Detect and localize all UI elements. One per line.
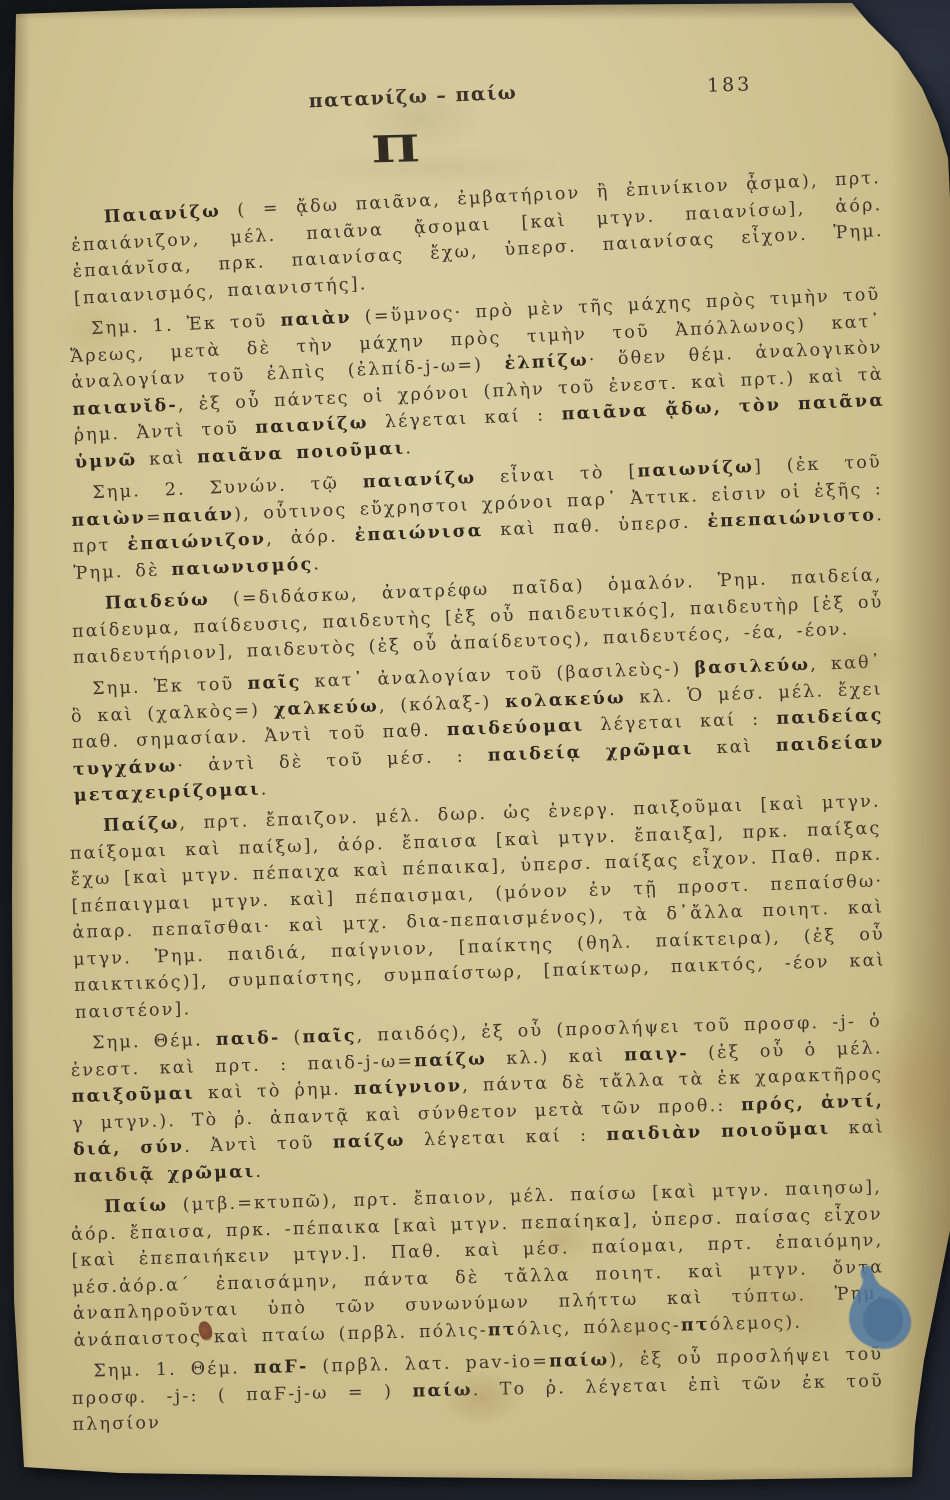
text-segment: Σημ. 2. Συνών. τῷ: [92, 473, 363, 504]
bold-term: παιανίζω: [255, 413, 369, 438]
bold-term: παίζω: [414, 1049, 487, 1071]
note-paian-etymology: Σημ. 1. Ἐκ τοῦ παιὰν (=ὕμνος· πρὸ μὲν τῆ…: [69, 282, 887, 476]
text-segment: κλ.) καὶ: [487, 1045, 625, 1069]
bold-term: παιδείᾳ χρῶμαι: [488, 738, 694, 765]
text-segment: Σημ. Ἐκ τοῦ: [92, 674, 248, 699]
bold-term: παιδ-: [216, 1028, 281, 1050]
ink-blot: [843, 1262, 923, 1357]
section-letter: Π: [370, 130, 423, 168]
text-segment: λέγεται καί :: [368, 405, 562, 433]
bold-term: παιδιᾷ χρῶμαι: [74, 1161, 256, 1186]
text-segment: Σημ. 1. Θέμ.: [93, 1358, 254, 1381]
bold-term: παιὼν: [71, 508, 146, 531]
bold-term: ἐπαιώνιζον: [127, 529, 267, 554]
bold-term: Παίζω: [103, 814, 180, 836]
bold-term: πτ: [681, 1314, 710, 1335]
page-paper: πατανίζω – παίω 183 Π Παιανίζω ( = ᾄδω π…: [0, 0, 950, 1500]
bold-term: παιωνισμός: [171, 554, 314, 580]
running-header: πατανίζω – παίω: [248, 79, 579, 115]
bold-term: παιανίζω: [362, 468, 476, 492]
bold-term: ἐπαιώνισα: [354, 521, 484, 546]
text-segment: Σημ. Θέμ.: [92, 1030, 216, 1053]
bold-term: παιγ-: [624, 1043, 689, 1065]
text-segment: όλις, πόλεμος-: [517, 1315, 682, 1339]
text-segment: εἶναι τὸ [: [476, 462, 638, 488]
text-segment: .: [255, 1161, 263, 1181]
text-segment: , (κόλαξ-): [379, 691, 506, 715]
note-pais-analogy: Σημ. Ἐκ τοῦ παῖς κατ᾽ ἀναλογίαν τοῦ (βασ…: [70, 649, 886, 809]
bold-term: παῖς: [247, 672, 302, 694]
text-segment: · ἀντὶ δὲ τοῦ μέσ. :: [177, 745, 488, 776]
text-segment: καὶ: [137, 447, 198, 470]
text-block: Παιανίζω ( = ᾄδω παιᾶνα, ἐμβατήριον ἢ ἐπ…: [72, 206, 884, 1444]
bold-term: παιωνίζω: [637, 457, 754, 482]
bold-term: χαλκεύω: [273, 696, 379, 720]
bold-term: παιξοῦμαι: [71, 1084, 195, 1107]
bold-term: Παιδεύω: [105, 590, 211, 614]
bold-term: παιὰν: [280, 308, 352, 331]
entry-paizo: Παίζω, πρτ. ἔπαιζον. μέλ. δωρ. ὡς ἐνεργ.…: [69, 789, 887, 1026]
bold-term: κολακεύω: [505, 687, 626, 711]
entry-paio: Παίω (μτβ.=κτυπῶ), πρτ. ἔπαιον, μέλ. παί…: [70, 1174, 886, 1353]
text-segment: .: [405, 438, 414, 458]
bold-term: παιανῐδ-: [72, 395, 178, 420]
text-segment: καὶ τὸ ῥημ.: [195, 1079, 354, 1103]
scanned-book-page: πατανίζω – παίω 183 Π Παιανίζω ( = ᾄδω π…: [0, 0, 950, 1500]
text-segment: όλεμος).: [710, 1312, 803, 1334]
bold-term: παίγνιον: [354, 1076, 463, 1099]
bold-term: βασιλεύω: [694, 654, 810, 678]
text-segment: .: [313, 554, 322, 574]
text-segment: Σημ. 1. Ἐκ τοῦ: [91, 311, 281, 339]
text-segment: =: [146, 507, 164, 528]
bold-term: ἐλπίζω: [504, 350, 589, 374]
text-segment: καὶ: [693, 735, 776, 758]
text-segment: . Ἀντὶ τοῦ: [184, 1133, 333, 1157]
note-stem-paid: Σημ. Θέμ. παιδ- (παῖς, παιδός), ἐξ οὗ (π…: [70, 1008, 886, 1190]
text-segment: .: [260, 779, 268, 799]
text-segment: καὶ: [830, 1117, 885, 1139]
text-segment: ] (ἐκ τοῦ: [754, 452, 883, 477]
bold-term: ἐπεπαιώνιστο: [707, 505, 877, 532]
bold-term: παιδιὰν ποιοῦμαι: [606, 1119, 830, 1145]
ink-blot-core: [863, 1298, 903, 1342]
text-segment: καὶ παθ. ὑπερσ.: [483, 512, 708, 541]
bold-term: παιάν: [162, 504, 234, 527]
bold-term: παῖς: [302, 1026, 357, 1048]
text-segment: , πρτ. ἔπαιζον. μέλ. δωρ. ὡς ἐνεργ. παιξ…: [70, 792, 886, 1023]
page-number: 183: [707, 73, 753, 96]
text-segment: (: [280, 1028, 303, 1049]
bold-term: παίω: [412, 1380, 473, 1401]
text-segment: (ἐξ οὗ ὁ μέλ.: [689, 1038, 883, 1063]
bold-term: παϜ-: [254, 1357, 309, 1378]
text-segment: λέγεται καί :: [584, 709, 777, 736]
text-segment: , ἀόρ.: [266, 526, 355, 549]
bold-term: παιᾶνα ποιοῦμαι: [197, 438, 406, 467]
bold-term: Παίω: [104, 1196, 168, 1218]
bold-term: παιδεύομαι: [447, 715, 585, 740]
bold-term: Παιανίζω: [103, 201, 221, 227]
bold-term: πτ: [488, 1319, 517, 1340]
text-segment: (πρβλ. λατ. pav-io=: [308, 1352, 549, 1377]
note-stem-paw: Σημ. 1. Θέμ. παϜ- (πρβλ. λατ. pav-io=παί…: [71, 1341, 885, 1438]
text-segment: λέγεται καί :: [405, 1125, 606, 1151]
bold-term: παίω: [549, 1350, 610, 1371]
bold-term: παίζω: [333, 1131, 406, 1153]
